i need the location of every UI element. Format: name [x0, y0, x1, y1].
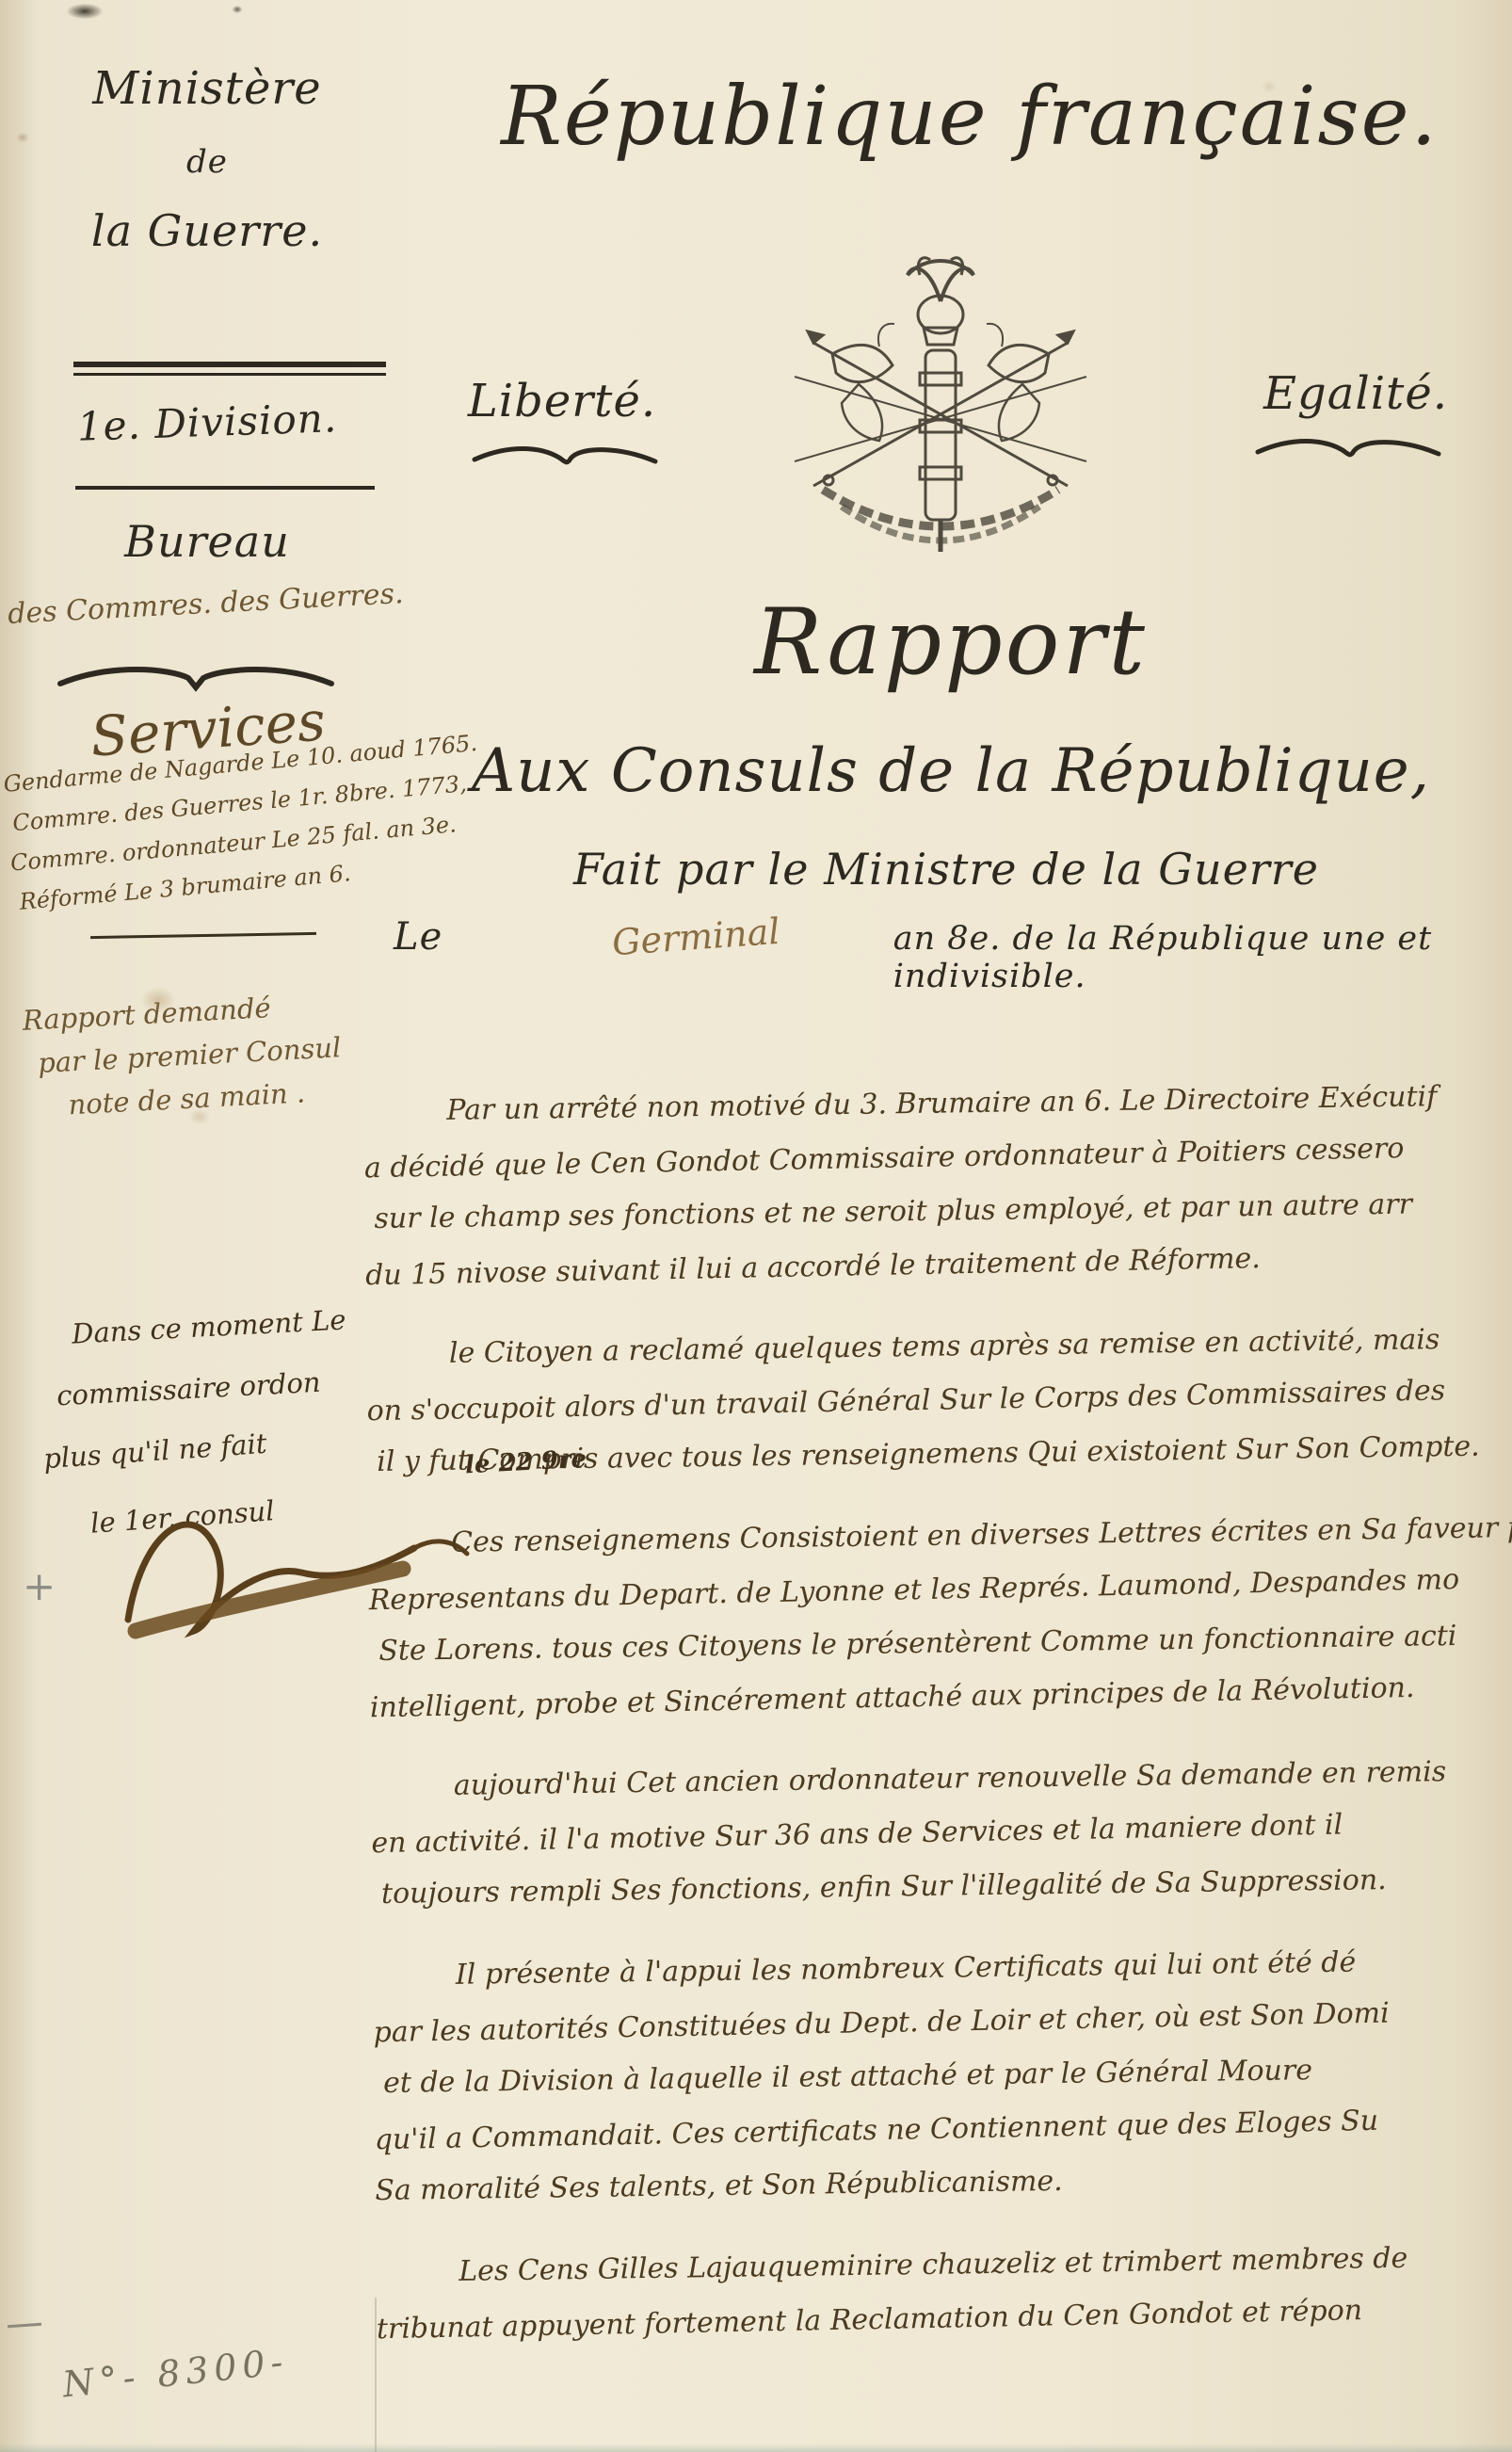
- date-suffix: an 8e. de la République une et indivisib…: [893, 920, 1504, 995]
- motto-egalite: Egalité.: [1205, 367, 1506, 420]
- document-page: Ministère de la Guerre. 1e. Division. Bu…: [0, 0, 1512, 2452]
- date-prefix: Le: [394, 915, 442, 959]
- pencil-dash: [8, 2323, 41, 2329]
- catalog-number-pencil: N°- 8300-: [60, 2341, 290, 2406]
- double-rule-top: [73, 362, 386, 367]
- division-label: 1e. Division.: [27, 393, 386, 451]
- brace-flourish: [55, 659, 337, 693]
- margin-note-1: Dans ce moment Le: [71, 1303, 346, 1349]
- margin-note-request: Rapport demandépar le premier Consulnote…: [22, 982, 345, 1128]
- ministry-title-line1: Ministère: [28, 62, 386, 115]
- report-subtitle: Aux Consuls de la République,: [395, 736, 1506, 806]
- margin-cross-mark: +: [23, 1563, 56, 1609]
- report-byline: Fait par le Ministre de la Guerre: [424, 844, 1469, 895]
- motto-liberte: Liberté.: [426, 375, 699, 427]
- rule-under-services: [90, 932, 316, 939]
- body-paragraph-4: aujourd'hui Cet ancien ordonnateur renou…: [371, 1746, 1512, 1919]
- republic-masthead-title: République française.: [433, 70, 1506, 164]
- bureau-label: Bureau: [28, 516, 386, 567]
- margin-note-3: plus qu'il ne fait: [42, 1428, 267, 1475]
- ministry-title-line3: la Guerre.: [28, 205, 386, 256]
- flourish-underline-egalite: [1254, 437, 1442, 465]
- military-trophy-emblem-icon: [738, 252, 1143, 563]
- date-line: Le Germinal an 8e. de la République une …: [394, 915, 1504, 995]
- body-paragraph-1: Par un arrêté non motivé du 3. Brumaire …: [363, 1071, 1512, 1298]
- margin-note-2: commissaire ordon: [56, 1366, 321, 1412]
- flourish-underline-liberte: [471, 444, 659, 473]
- report-title: Rapport: [527, 589, 1375, 695]
- bureau-handwritten-note: des Commres. des Guerres.: [7, 577, 404, 631]
- body-paragraph-5: Il présente à l'appui les nombreux Certi…: [373, 1935, 1512, 2216]
- body-paragraph-6: Les Cens Gilles Lajauqueminire chauzeliz…: [376, 2232, 1512, 2351]
- double-rule-bottom: [73, 373, 386, 376]
- body-paragraph-3: Ces renseignemens Consistoient en divers…: [368, 1503, 1512, 1730]
- rule-under-division: [75, 486, 375, 490]
- emblem-engraving: [795, 258, 1086, 552]
- report-body: Par un arrêté non motivé du 3. Brumaire …: [363, 1071, 1512, 2379]
- ministry-title-line2: de: [28, 143, 386, 181]
- date-month-handwritten: Germinal: [611, 911, 781, 963]
